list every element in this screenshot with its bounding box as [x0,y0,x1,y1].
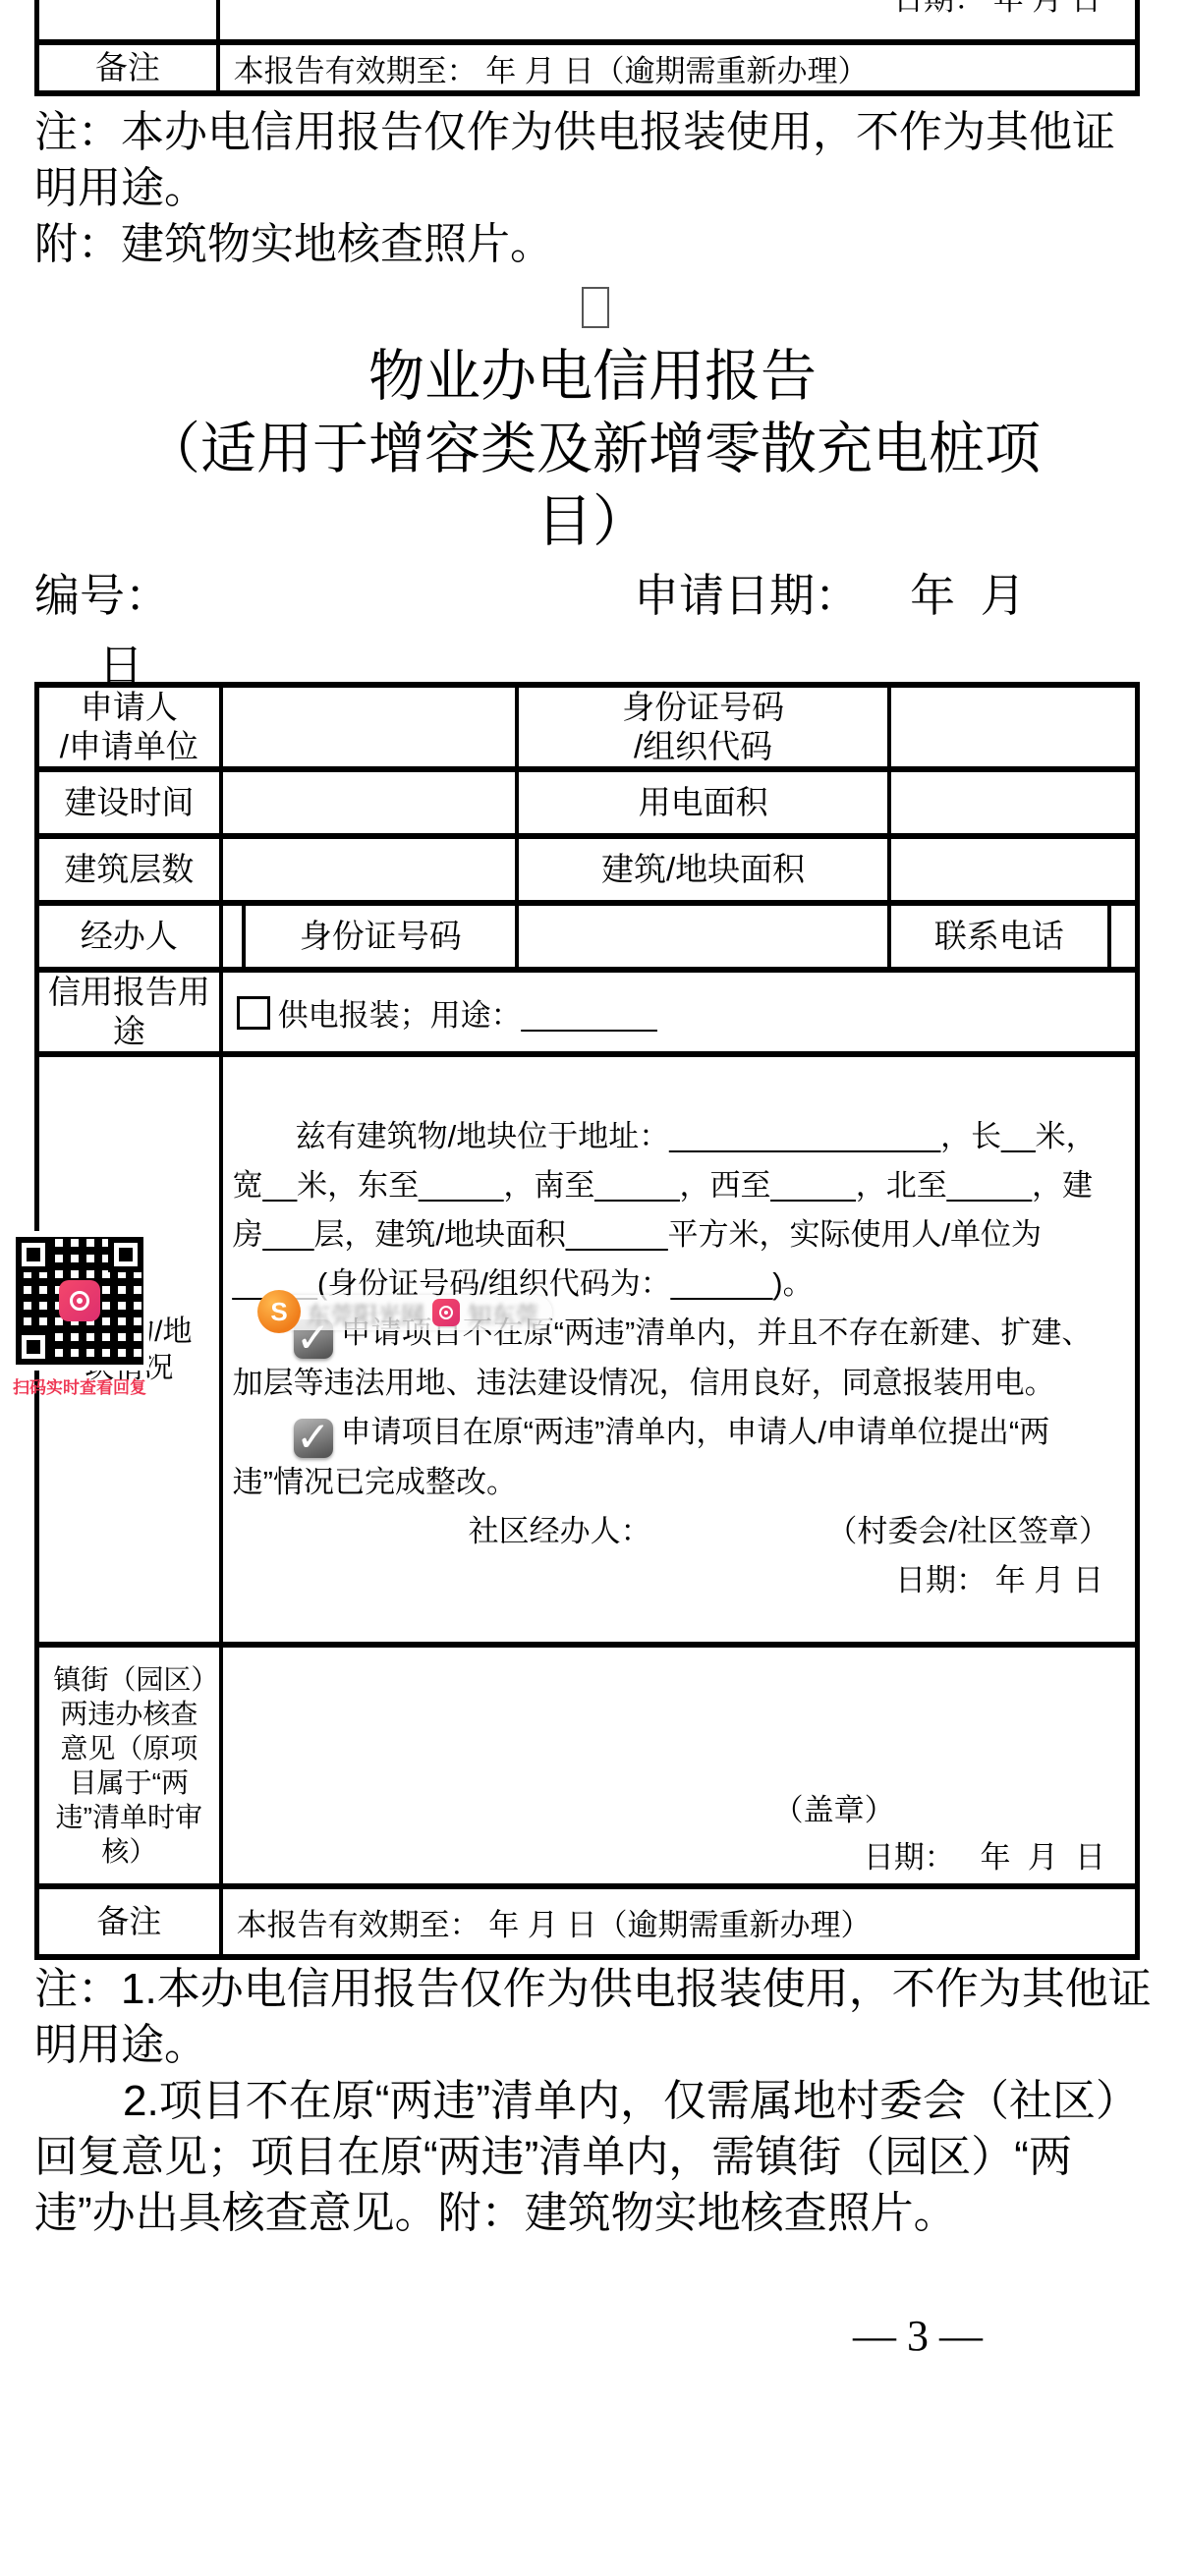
table-row: 申请人 /申请单位 身份证号码 /组织代码 [37,685,1138,769]
qr-code [10,1231,149,1371]
plot-area-label: 建筑/地块面积 [517,836,888,903]
qr-finder-icon [16,1237,51,1272]
apply-date-label: 申请日期： 年 月 [634,560,1026,625]
top-remark-content: 本报告有效期至： 年 月 日（逾期需重新办理） [218,42,1138,93]
top-cut-label-cell [37,0,218,42]
subtitle-line-2: 目） [536,490,649,553]
top-cut-content-cell: 日期： 年 月 日 [218,0,1138,42]
purpose-line: 供电报装；用途：________ [223,990,1135,1035]
phone-narrow-cell [1109,903,1138,970]
table-row: 备注 本报告有效期至： 年 月 日（逾期需重新办理） [37,1886,1138,1957]
handler-label: 经办人 [37,903,221,970]
qr-caption: 扫码实时查看回复 [10,1373,149,1398]
id-code-label-line2: /组织代码 [634,728,772,764]
id-code-value-cell [889,685,1138,769]
table-row: 镇街（园区）两违办核查意见（原项目属于“两违”清单时审核） （盖章） 日期： 年… [37,1645,1138,1886]
checkbox-checked-icon: ✓ [294,1419,333,1458]
power-area-value-cell [889,769,1138,836]
checkbox2-text: 申请项目在原“两违”清单内，申请人/申请单位提出“两违”情况已完成整改。 [233,1415,1050,1499]
applicant-label-cell: 申请人 /申请单位 [37,685,221,769]
handler-id-value-cell [517,903,888,970]
qr-finder-icon [108,1237,143,1272]
sun-logo-icon: S [257,1290,301,1333]
missing-glyph-box [582,287,609,328]
report-purpose-content-cell: 供电报装；用途：________ [221,970,1138,1054]
page-subtitle: （适用于增容类及新增零散充电桩项 目） [0,413,1185,558]
situation-text-block: 兹有建筑物/地块位于地址：________________，长__米，宽__米，… [223,1057,1135,1605]
table-row: 建筑物/地 块情况 兹有建筑物/地块位于地址：________________，… [37,1054,1138,1645]
subtitle-line-1: （适用于增容类及新增零散充电桩项 [144,418,1041,480]
floors-value-cell [221,836,518,903]
top-note-1: 注：本办电信用报告仅作为供电报装使用，不作为其他证明用途。 [34,104,1157,216]
id-code-label-cell: 身份证号码 /组织代码 [517,685,888,769]
community-seal-hint: （村委会/社区签章） [826,1507,1109,1556]
purpose-text: 供电报装；用途：________ [278,998,657,1033]
top-notes: 注：本办电信用报告仅作为供电报装使用，不作为其他证明用途。 附：建筑物实地核查照… [34,104,1157,272]
remark-label: 备注 [37,1886,221,1957]
phone-label: 联系电话 [889,903,1109,970]
report-purpose-label-cell: 信用报告用 途 [37,970,221,1054]
page-number: — 3 — [853,2311,983,2361]
checkbox2-line: ✓申请项目在原“两违”清单内，申请人/申请单位提出“两违”情况已完成整改。 [233,1408,1117,1507]
situation-content-cell: 兹有建筑物/地块位于地址：________________，长__米，宽__米，… [221,1054,1138,1645]
remark-content-cell: 本报告有效期至： 年 月 日（逾期需重新办理） [221,1886,1138,1957]
id-code-label-line1: 身份证号码 [622,689,784,725]
number-row: 编号： 申请日期： 年 月 [34,560,1155,625]
top-remark-label: 备注 [37,42,218,93]
report-purpose-label-line1: 信用报告用 [48,974,210,1010]
page-title: 物业办电信用报告 [0,340,1185,413]
qr-finder-icon [16,1329,51,1365]
build-time-label: 建设时间 [37,769,221,836]
number-label: 编号： [34,570,170,621]
power-area-label: 用电面积 [517,769,888,836]
applicant-label-line2: /申请单位 [60,728,198,764]
watermark-text-2: 知东莞 [468,1296,538,1330]
community-date-line: 日期： 年 月 日 [233,1556,1117,1605]
top-remark-text: 本报告有效期至： 年 月 日（逾期需重新办理） [220,46,1135,90]
top-partial-table: 日期： 年 月 日 备注 本报告有效期至： 年 月 日（逾期需重新办理） [34,0,1140,96]
plot-area-value-cell [889,836,1138,903]
town-review-content-cell: （盖章） 日期： 年 月 日 [221,1645,1138,1886]
handler-narrow-cell [221,903,245,970]
bottom-note-2: 2.项目不在原“两违”清单内，仅需属地村委会（社区）回复意见；项目在原“两违”清… [34,2073,1157,2241]
floors-label: 建筑层数 [37,836,221,903]
bottom-note-1: 注：1.本办电信用报告仅作为供电报装使用，不作为其他证明用途。 [34,1961,1157,2073]
eye-logo-icon [59,1280,100,1321]
report-purpose-label-line2: 途 [113,1013,145,1049]
document-page: 日期： 年 月 日 备注 本报告有效期至： 年 月 日（逾期需重新办理） 注：本… [0,0,1185,2576]
situation-paragraph: 兹有建筑物/地块位于地址：________________，长__米，宽__米，… [233,1112,1117,1309]
watermark-pill: S 东莞阳光网 知东莞 [263,1295,552,1330]
applicant-value-cell [221,685,518,769]
applicant-label-line1: 申请人 [81,689,178,725]
table-row: 建筑层数 建筑/地块面积 [37,836,1138,903]
table-row: 信用报告用 途 供电报装；用途：________ [37,970,1138,1054]
clipped-date-text: 日期： 年 月 日 [893,0,1101,19]
main-form-table: 申请人 /申请单位 身份证号码 /组织代码 建设时间 用电面积 建筑层数 建筑/… [34,682,1140,1960]
table-row: 建设时间 用电面积 [37,769,1138,836]
town-review-label: 镇街（园区）两违办核查意见（原项目属于“两违”清单时审核） [37,1645,221,1886]
eye-logo-icon [432,1299,460,1326]
handler-id-label: 身份证号码 [244,903,517,970]
top-note-2: 附：建筑物实地核查照片。 [34,216,1157,272]
bottom-notes: 注：1.本办电信用报告仅作为供电报装使用，不作为其他证明用途。 2.项目不在原“… [34,1961,1157,2241]
remark-text: 本报告有效期至： 年 月 日（逾期需重新办理） [223,1900,1135,1944]
build-time-value-cell [221,769,518,836]
review-date-line: 日期： 年 月 日 [864,1832,1105,1876]
community-handler-label: 社区经办人： [469,1507,651,1556]
checkbox-unchecked-icon [237,996,270,1030]
community-sign-line: 社区经办人： （村委会/社区签章） [233,1507,1117,1556]
seal-hint: （盖章） [773,1785,895,1829]
table-row: 经办人 身份证号码 联系电话 [37,903,1138,970]
watermark-text-1: 东莞阳光网 [307,1296,424,1330]
